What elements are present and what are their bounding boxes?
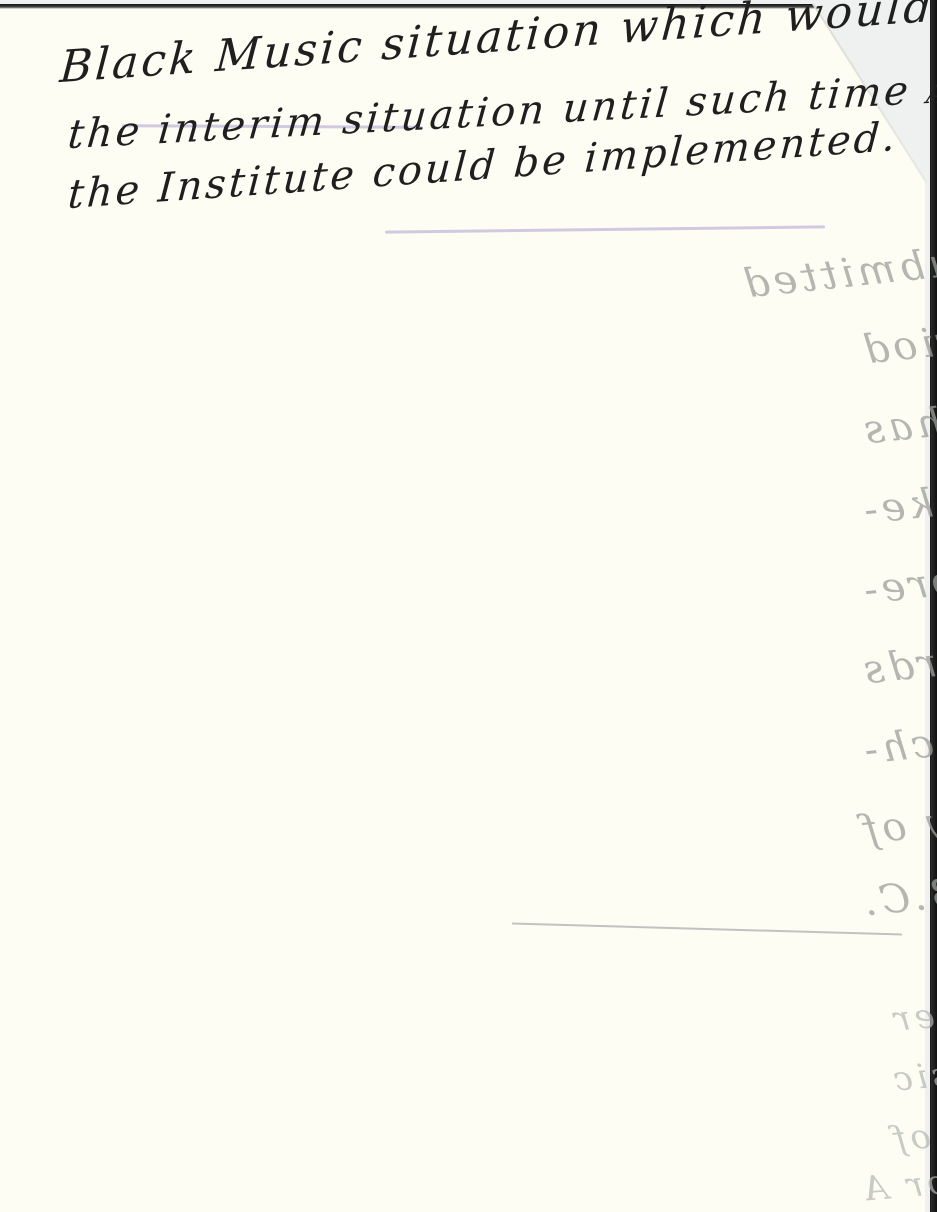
purple-underline [385, 225, 825, 233]
front-handwriting: Black Music situation which would be the… [0, 0, 937, 260]
handwritten-line-2-tail: AS [925, 78, 937, 110]
bleed-through-area: This proposal is being submitted being s… [0, 240, 920, 1212]
bleed-divider [512, 923, 902, 936]
